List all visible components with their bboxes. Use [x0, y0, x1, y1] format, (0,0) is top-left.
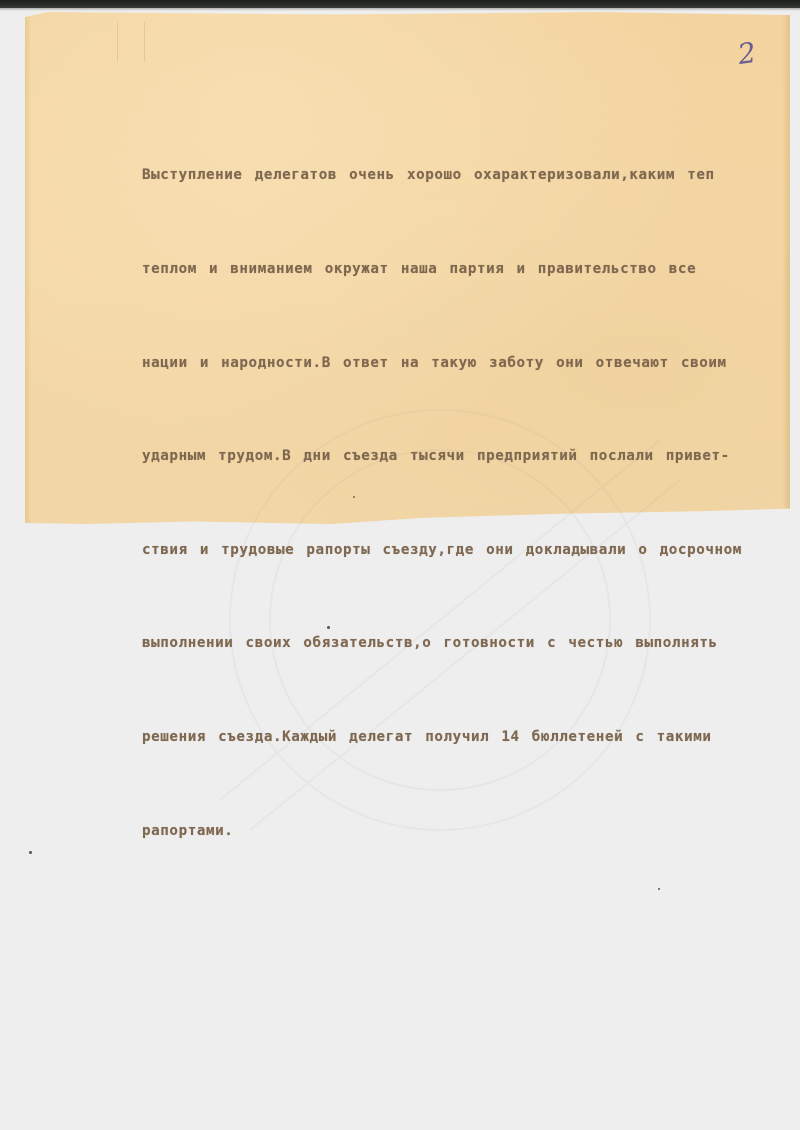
text-line: ствия и трудовые рапорты съезду,где они …: [142, 535, 800, 566]
dust-speck: [29, 851, 32, 854]
text-line: решения съезда.Каждый делегат получил 14…: [142, 722, 800, 753]
scanner-edge: [0, 0, 800, 8]
text-line: Выступление делегатов очень хорошо охара…: [142, 160, 800, 191]
text-line: выполнении своих обязательств,о готовнос…: [142, 628, 800, 659]
typewritten-paragraph: Выступление делегатов очень хорошо охара…: [142, 98, 800, 878]
dust-speck: [658, 888, 660, 890]
text-line: нации и народности.В ответ на такую забо…: [142, 348, 800, 379]
handwritten-page-number: 2: [736, 39, 758, 69]
dust-speck: [353, 496, 355, 498]
dust-speck: [327, 626, 330, 629]
text-line: теплом и вниманием окружат наша партия и…: [142, 254, 800, 285]
text-line: ударным трудом.В дни съезда тысячи предп…: [142, 441, 800, 472]
text-line: рапортами.: [142, 816, 800, 847]
paper-crease: [117, 22, 145, 62]
